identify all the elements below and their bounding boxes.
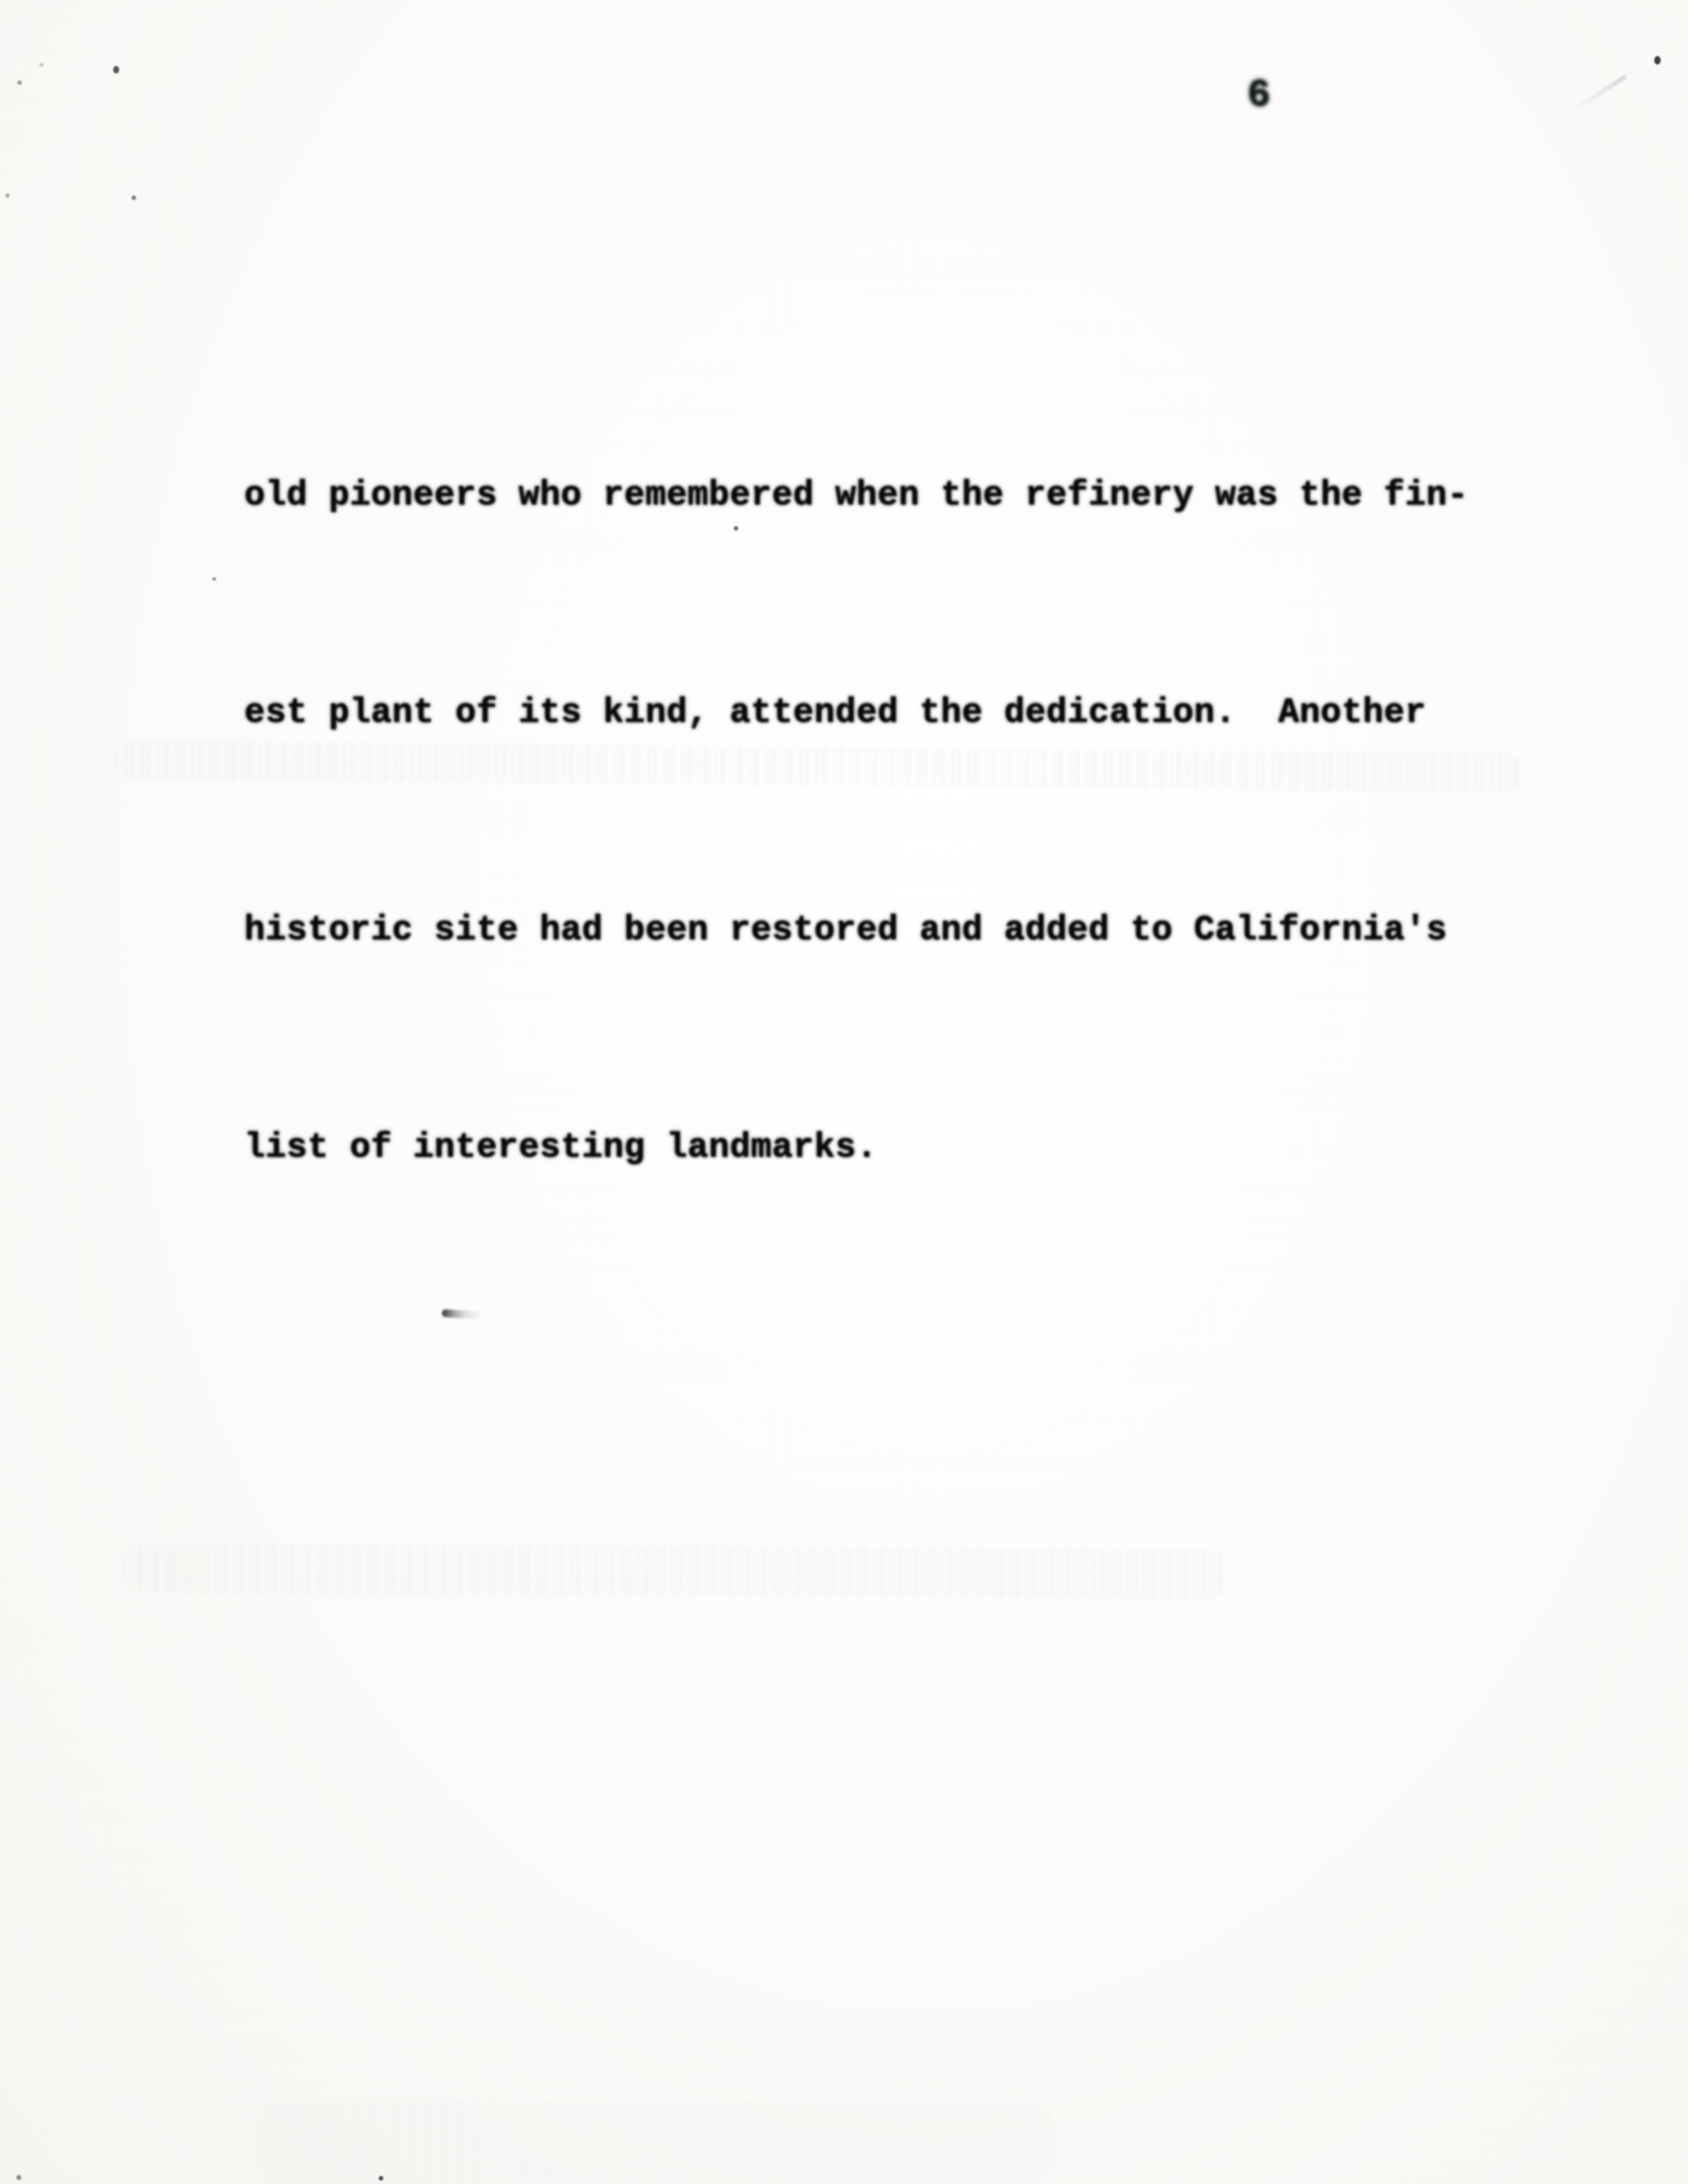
- page-number: 6: [1247, 73, 1270, 117]
- scan-speck: [1654, 56, 1661, 65]
- paragraph-line: list of interesting landmarks.: [244, 1112, 1535, 1184]
- scanned-document-page: 6 old pioneers who remembered when the r…: [0, 0, 1688, 2184]
- ink-bleed-band-lower: [122, 1544, 1229, 1598]
- typed-paragraph: old pioneers who remembered when the ref…: [244, 315, 1535, 1329]
- ink-bleed-band-bottom: [258, 2102, 1053, 2184]
- scan-speck: [379, 2176, 383, 2181]
- scan-speck: [40, 63, 43, 67]
- scan-speck: [17, 80, 22, 85]
- paragraph-line: est plant of its kind, attended the dedi…: [244, 677, 1535, 750]
- paragraph-line: old pioneers who remembered when the ref…: [244, 460, 1535, 532]
- scan-speck: [5, 194, 9, 198]
- scan-speck: [212, 577, 216, 581]
- paragraph-line: historic site had been restored and adde…: [244, 894, 1535, 967]
- scan-speck: [16, 2175, 21, 2180]
- scan-speck: [734, 526, 738, 531]
- scan-speck: [132, 196, 136, 200]
- scan-speck: [113, 66, 119, 73]
- corner-streak-mark: [1570, 74, 1627, 113]
